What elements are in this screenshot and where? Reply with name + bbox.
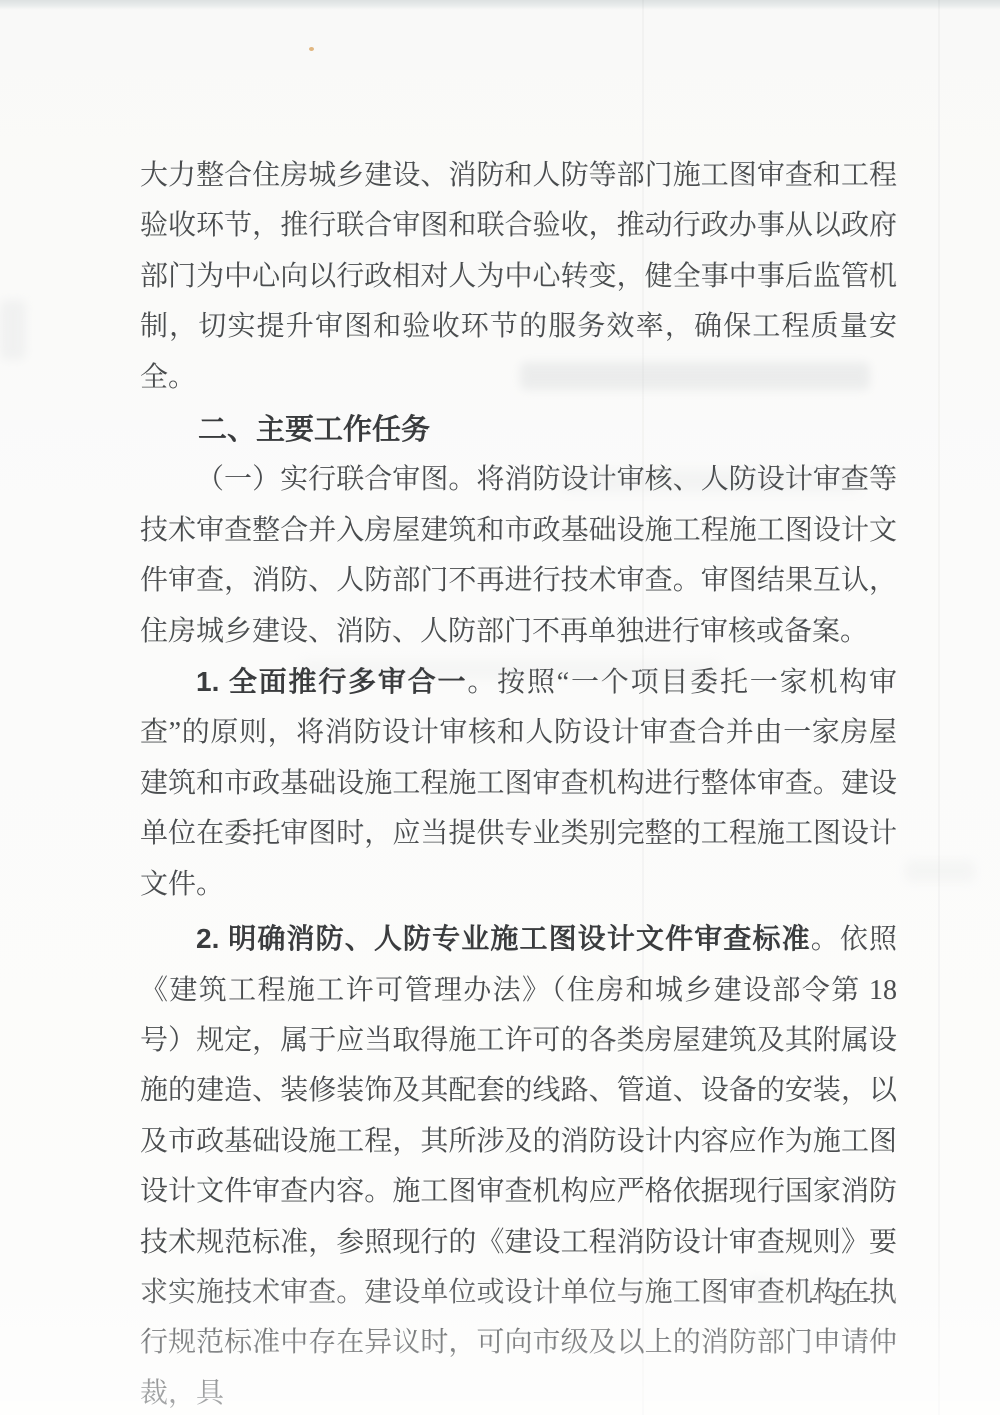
document-body: 大力整合住房城乡建设、消防和人防等部门施工图审查和工程验收环节，推行联合审图和联… (140, 151, 897, 1415)
paragraph-joint-review: （一）实行联合审图。将消防设计审核、人防设计审查等技术审查整合并入房屋建筑和市政… (140, 455, 897, 657)
bleed-through-smudge (905, 860, 975, 882)
section-heading: 二、主要工作任务 (140, 405, 897, 455)
bleed-through-smudge (0, 300, 26, 360)
scanned-document-page: 大力整合住房城乡建设、消防和人防等部门施工图审查和工程验收环节，推行联合审图和联… (0, 0, 1000, 1415)
paragraph-joint-review-lead: （一）实行联合审图。 (196, 464, 476, 495)
scan-speck (309, 47, 314, 51)
scan-streak (938, 0, 940, 1415)
paragraph-item1-text: 。按照“一个项目委托一家机构审查”的原则，将消防设计审核和人防设计审查合并由一家… (140, 667, 897, 900)
scanner-edge-band (0, 0, 1000, 10)
paragraph-continuation: 大力整合住房城乡建设、消防和人防等部门施工图审查和工程验收环节，推行联合审图和联… (140, 151, 897, 403)
scan-bottom-glow (0, 1255, 1000, 1415)
paragraph-item1-lead: 1. 全面推行多审合一 (196, 666, 467, 697)
paragraph-item2-lead: 2. 明确消防、人防专业施工图设计文件审查标准 (196, 923, 811, 954)
paragraph-item1: 1. 全面推行多审合一。按照“一个项目委托一家机构审查”的原则，将消防设计审核和… (140, 657, 897, 910)
